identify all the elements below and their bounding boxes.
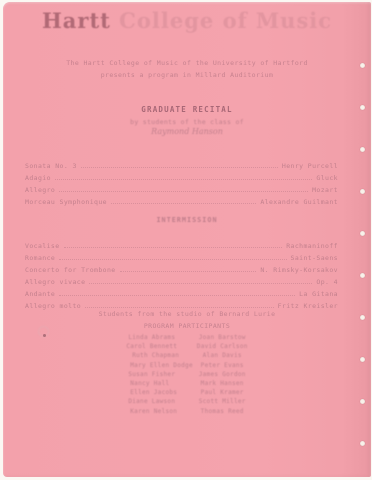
masthead-bold-word: Hartt [42, 8, 111, 33]
participant-name-line: Mary Ellen Dodge Peter Evans [3, 361, 371, 370]
punch-hole [360, 105, 365, 110]
composer-name: N. Rimsky-Korsakov [260, 266, 338, 274]
composer-name: Gluck [316, 174, 338, 182]
participant-name-line: Carol Bennett David Carlson [3, 342, 371, 351]
program-row: Allegro Mozart [3, 182, 371, 194]
piece-title: Vocalise [25, 242, 60, 250]
dot-leader [111, 203, 256, 204]
composer-name: Alexandre Guilmant [260, 198, 338, 206]
ink-speck [43, 334, 46, 337]
pink-program-page: Hartt College of Music The Hartt College… [3, 2, 371, 477]
punch-hole [360, 441, 365, 446]
program-row: Andante La Gitana [3, 286, 371, 298]
masthead-rest: College of Music [111, 8, 332, 33]
intermission-label: INTERMISSION [3, 216, 371, 224]
participant-name-line: Linda Abrams Joan Barstow [3, 333, 371, 342]
dot-leader [59, 259, 286, 260]
piece-title: Andante [25, 290, 55, 298]
program-row: Adagio Gluck [3, 170, 371, 182]
participant-name-line: Nancy Hall Mark Hansen [3, 379, 371, 388]
program-row: Morceau Symphonique Alexandre Guilmant [3, 194, 371, 206]
recital-subtitle-script: Raymond Hanson [3, 127, 371, 136]
participant-name-line: Ruth Chapman Alan Davis [3, 351, 371, 360]
dot-leader [59, 295, 295, 296]
piece-title: Romance [25, 254, 55, 262]
program-row: Sonata No. 3 Henry Purcell [3, 158, 371, 170]
piece-title: Sonata No. 3 [25, 162, 77, 170]
composer-name: Rachmaninoff [286, 242, 338, 250]
piece-title: Allegro vivace [25, 278, 85, 286]
program-row: Concerto for Trombone N. Rimsky-Korsakov [3, 262, 371, 274]
program-part-1: Sonata No. 3 Henry Purcell Adagio Gluck … [3, 158, 371, 206]
dot-leader [120, 271, 257, 272]
dot-leader [81, 167, 278, 168]
punch-hole [360, 315, 365, 320]
footer-line-1: Students from the studio of Bernard Luri… [3, 308, 371, 320]
punch-hole [360, 231, 365, 236]
punch-hole [360, 147, 365, 152]
masthead-bleedthrough: Hartt College of Music [3, 8, 371, 33]
composer-name: La Gitana [299, 290, 338, 298]
footer-line-2: PROGRAM PARTICIPANTS [3, 320, 371, 332]
mirrored-masthead-text: Hartt College of Music [42, 8, 332, 33]
participant-name-line: Karen Nelson Thomas Reed [3, 407, 371, 416]
piece-title: Morceau Symphonique [25, 198, 107, 206]
participant-name-line: Ellen Jacobs Paul Kramer [3, 388, 371, 397]
piece-title: Adagio [25, 174, 51, 182]
piece-title: Allegro [25, 186, 55, 194]
header-line-1: The Hartt College of Music of the Univer… [3, 57, 371, 69]
piece-title: Concerto for Trombone [25, 266, 116, 274]
program-row: Vocalise Rachmaninoff [3, 238, 371, 250]
program-part-2: Vocalise Rachmaninoff Romance Saint-Saen… [3, 238, 371, 310]
recital-subtitle: by students of the class of [3, 118, 371, 126]
participant-name-line: Susan Fisher James Gordon [3, 370, 371, 379]
punch-hole [360, 63, 365, 68]
participant-name-line: Diane Lawson Scott Miller [3, 397, 371, 406]
recital-title: GRADUATE RECITAL [3, 105, 371, 114]
program-row: Romance Saint-Saens [3, 250, 371, 262]
punch-hole [360, 189, 365, 194]
punch-hole [360, 273, 365, 278]
participant-name-list: Linda Abrams Joan BarstowCarol Bennett D… [3, 333, 371, 416]
scanned-recital-program: { "colors": { "paper": "#f3a1ab", "ink_f… [0, 0, 372, 480]
dot-leader [59, 191, 308, 192]
composer-name: Henry Purcell [282, 162, 338, 170]
dot-leader [89, 283, 312, 284]
composer-name: Op. 4 [316, 278, 338, 286]
dot-leader [55, 179, 313, 180]
program-row: Allegro vivace Op. 4 [3, 274, 371, 286]
punch-hole [360, 357, 365, 362]
dot-leader [64, 247, 283, 248]
composer-name: Saint-Saens [291, 254, 338, 262]
punch-hole [360, 399, 365, 404]
composer-name: Mozart [312, 186, 338, 194]
header-line-2: presents a program in Millard Auditorium [3, 69, 371, 81]
